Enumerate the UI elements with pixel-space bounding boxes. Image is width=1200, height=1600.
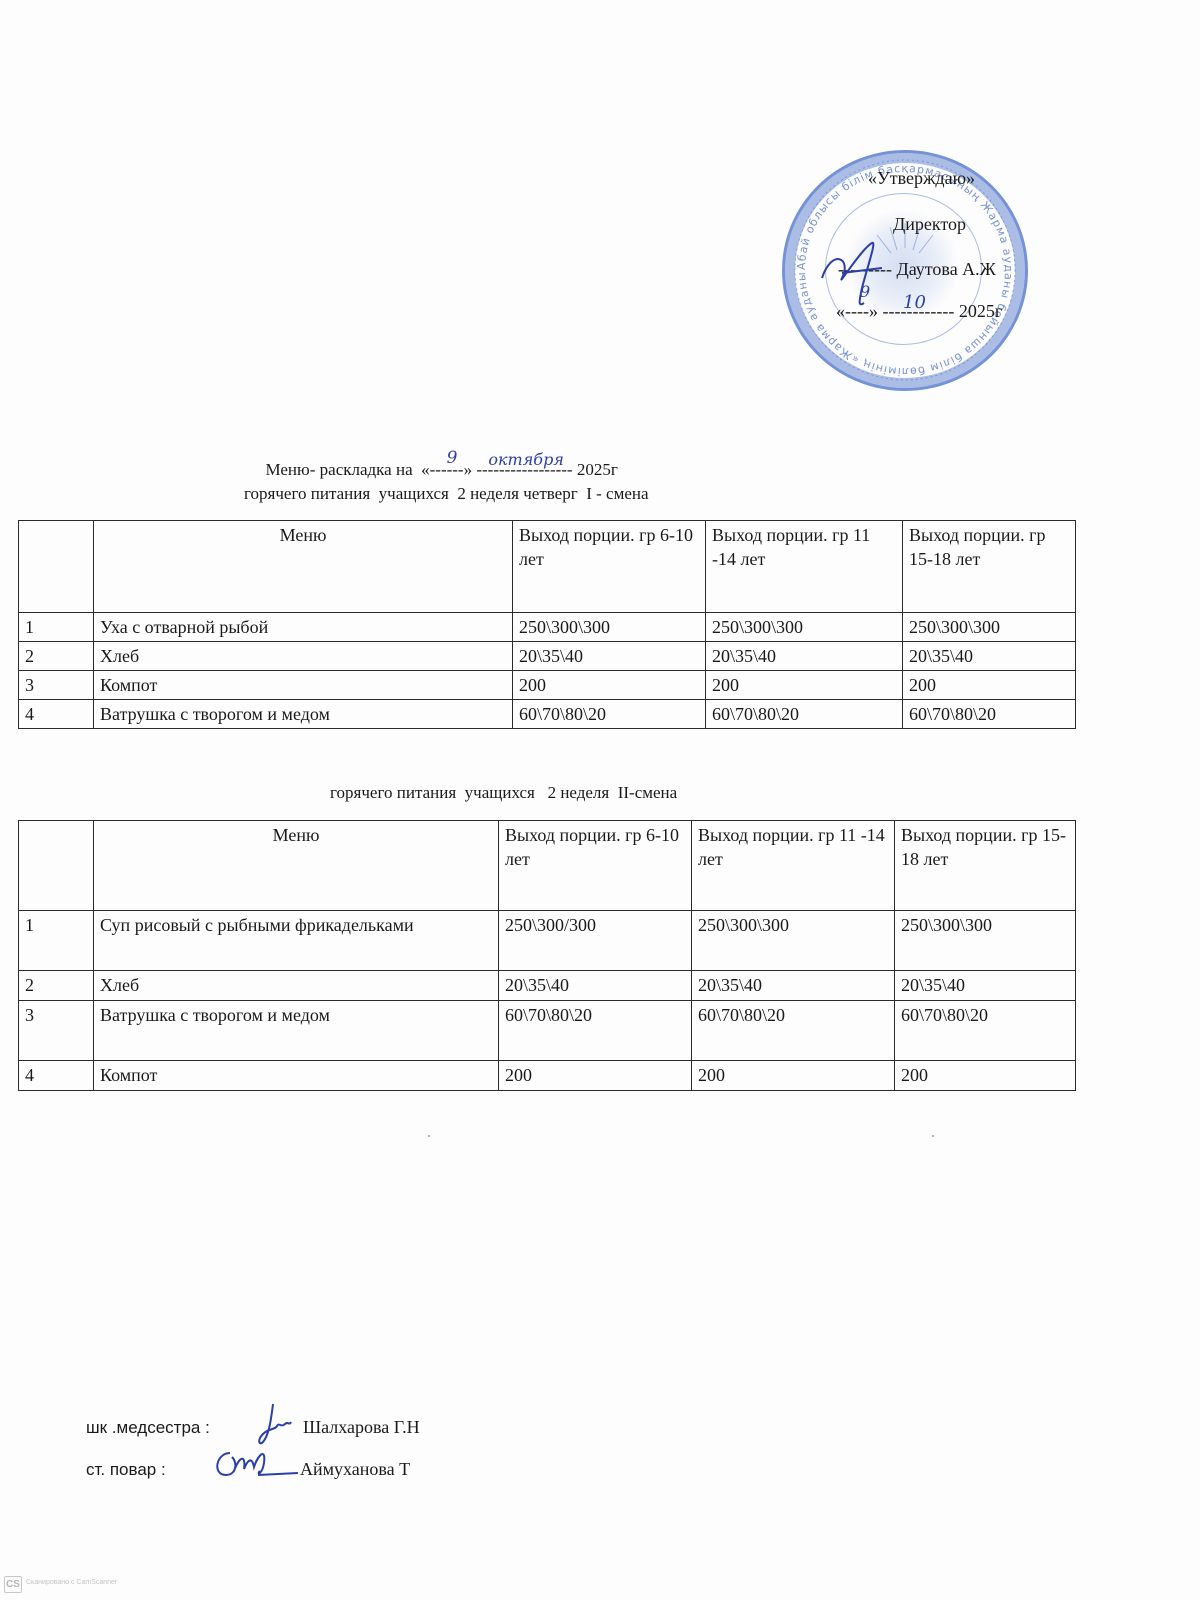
approval-title: «Утверждаю» (868, 168, 975, 189)
col-header-11-14: Выход порции. гр 11 -14 лет (706, 521, 903, 613)
row-dish: Хлеб (94, 642, 513, 671)
row-dish: Суп рисовый с рыбными фрикадельками (94, 911, 499, 971)
row-portion-6-10: 200 (499, 1061, 692, 1091)
table-row: 3 Ватрушка с творогом и медом 60\70\80\2… (19, 1001, 1076, 1061)
camscanner-logo-icon: CS (4, 1576, 22, 1593)
row-portion-6-10: 200 (513, 671, 706, 700)
row-dish: Компот (94, 1061, 499, 1091)
title-month-field: -----------------октября (476, 460, 572, 479)
row-dish: Ватрушка с творогом и медом (94, 700, 513, 729)
table-row: 4 Компот 200 200 200 (19, 1061, 1076, 1091)
row-num: 3 (19, 1001, 94, 1061)
nurse-signature-icon (255, 1400, 295, 1450)
row-portion-11-14: 200 (706, 671, 903, 700)
row-num: 1 (19, 613, 94, 642)
row-portion-6-10: 250\300/300 (499, 911, 692, 971)
row-portion-15-18: 250\300\300 (903, 613, 1076, 642)
table-row: 3 Компот 200 200 200 (19, 671, 1076, 700)
row-portion-15-18: 60\70\80\20 (895, 1001, 1076, 1061)
col-header-num (19, 521, 94, 613)
shift1-heading: горячего питания учащихся 2 неделя четве… (244, 484, 649, 504)
camscanner-watermark: Сканировано с CamScanner (26, 1579, 117, 1586)
row-num: 2 (19, 971, 94, 1001)
title-mid: » (464, 460, 477, 479)
row-portion-11-14: 250\300\300 (692, 911, 895, 971)
row-portion-11-14: 20\35\40 (692, 971, 895, 1001)
title-handwritten-day: 9 (447, 448, 458, 468)
col-header-15-18: Выход порции. гр 15-18 лет (903, 521, 1076, 613)
row-portion-11-14: 60\70\80\20 (706, 700, 903, 729)
cook-name: Аймуханова Т (300, 1459, 410, 1480)
col-header-6-10: Выход порции. гр 6-10 лет (513, 521, 706, 613)
shift2-menu-table: Меню Выход порции. гр 6-10 лет Выход пор… (18, 820, 1076, 1091)
row-dish: Уха с отварной рыбой (94, 613, 513, 642)
title-handwritten-month: октября (488, 450, 564, 469)
col-header-15-18: Выход порции. гр 15-18 лет (895, 821, 1076, 911)
row-dish: Компот (94, 671, 513, 700)
nurse-label: шк .медсестра : (86, 1418, 210, 1438)
row-portion-11-14: 250\300\300 (706, 613, 903, 642)
row-portion-6-10: 20\35\40 (499, 971, 692, 1001)
row-portion-15-18: 20\35\40 (903, 642, 1076, 671)
scan-speck (932, 1135, 934, 1137)
row-portion-6-10: 250\300\300 (513, 613, 706, 642)
approval-handwritten-day: 9 (860, 282, 870, 301)
row-num: 1 (19, 911, 94, 971)
row-portion-15-18: 60\70\80\20 (903, 700, 1076, 729)
row-portion-6-10: 60\70\80\20 (499, 1001, 692, 1061)
title-prefix: Меню- раскладка на « (266, 460, 430, 479)
cook-label: ст. повар : (86, 1460, 166, 1480)
row-num: 3 (19, 671, 94, 700)
table-row: 1 Уха с отварной рыбой 250\300\300 250\3… (19, 613, 1076, 642)
approval-role: Директор (893, 214, 966, 235)
row-portion-6-10: 60\70\80\20 (513, 700, 706, 729)
col-header-menu: Меню (94, 521, 513, 613)
approval-handwritten-month: 10 (903, 292, 926, 313)
col-header-11-14: Выход порции. гр 11 -14 лет (692, 821, 895, 911)
col-header-num (19, 821, 94, 911)
table-header-row: Меню Выход порции. гр 6-10 лет Выход пор… (19, 821, 1076, 911)
document-title: Меню- раскладка на «------9» -----------… (257, 440, 618, 480)
row-portion-15-18: 20\35\40 (895, 971, 1076, 1001)
row-portion-15-18: 200 (903, 671, 1076, 700)
scan-speck (428, 1135, 430, 1137)
table-row: 4 Ватрушка с творогом и медом 60\70\80\2… (19, 700, 1076, 729)
nurse-name: Шалхарова Г.Н (303, 1417, 420, 1438)
director-signature-icon (812, 228, 902, 318)
row-dish: Ватрушка с творогом и медом (94, 1001, 499, 1061)
row-portion-15-18: 200 (895, 1061, 1076, 1091)
col-header-6-10: Выход порции. гр 6-10 лет (499, 821, 692, 911)
table-header-row: Меню Выход порции. гр 6-10 лет Выход пор… (19, 521, 1076, 613)
title-suffix: 2025г (573, 460, 618, 479)
title-day-field: ------9 (430, 460, 464, 479)
row-portion-6-10: 20\35\40 (513, 642, 706, 671)
table-row: 2 Хлеб 20\35\40 20\35\40 20\35\40 (19, 642, 1076, 671)
row-portion-11-14: 200 (692, 1061, 895, 1091)
shift1-menu-table: Меню Выход порции. гр 6-10 лет Выход пор… (18, 520, 1076, 729)
table-row: 2 Хлеб 20\35\40 20\35\40 20\35\40 (19, 971, 1076, 1001)
table-row: 1 Суп рисовый с рыбными фрикадельками 25… (19, 911, 1076, 971)
row-num: 4 (19, 700, 94, 729)
row-dish: Хлеб (94, 971, 499, 1001)
cook-signature-icon (208, 1445, 303, 1485)
row-portion-11-14: 60\70\80\20 (692, 1001, 895, 1061)
row-portion-15-18: 250\300\300 (895, 911, 1076, 971)
row-num: 2 (19, 642, 94, 671)
row-portion-11-14: 20\35\40 (706, 642, 903, 671)
shift2-heading: горячего питания учащихся 2 неделя II-см… (330, 783, 677, 803)
row-num: 4 (19, 1061, 94, 1091)
col-header-menu: Меню (94, 821, 499, 911)
